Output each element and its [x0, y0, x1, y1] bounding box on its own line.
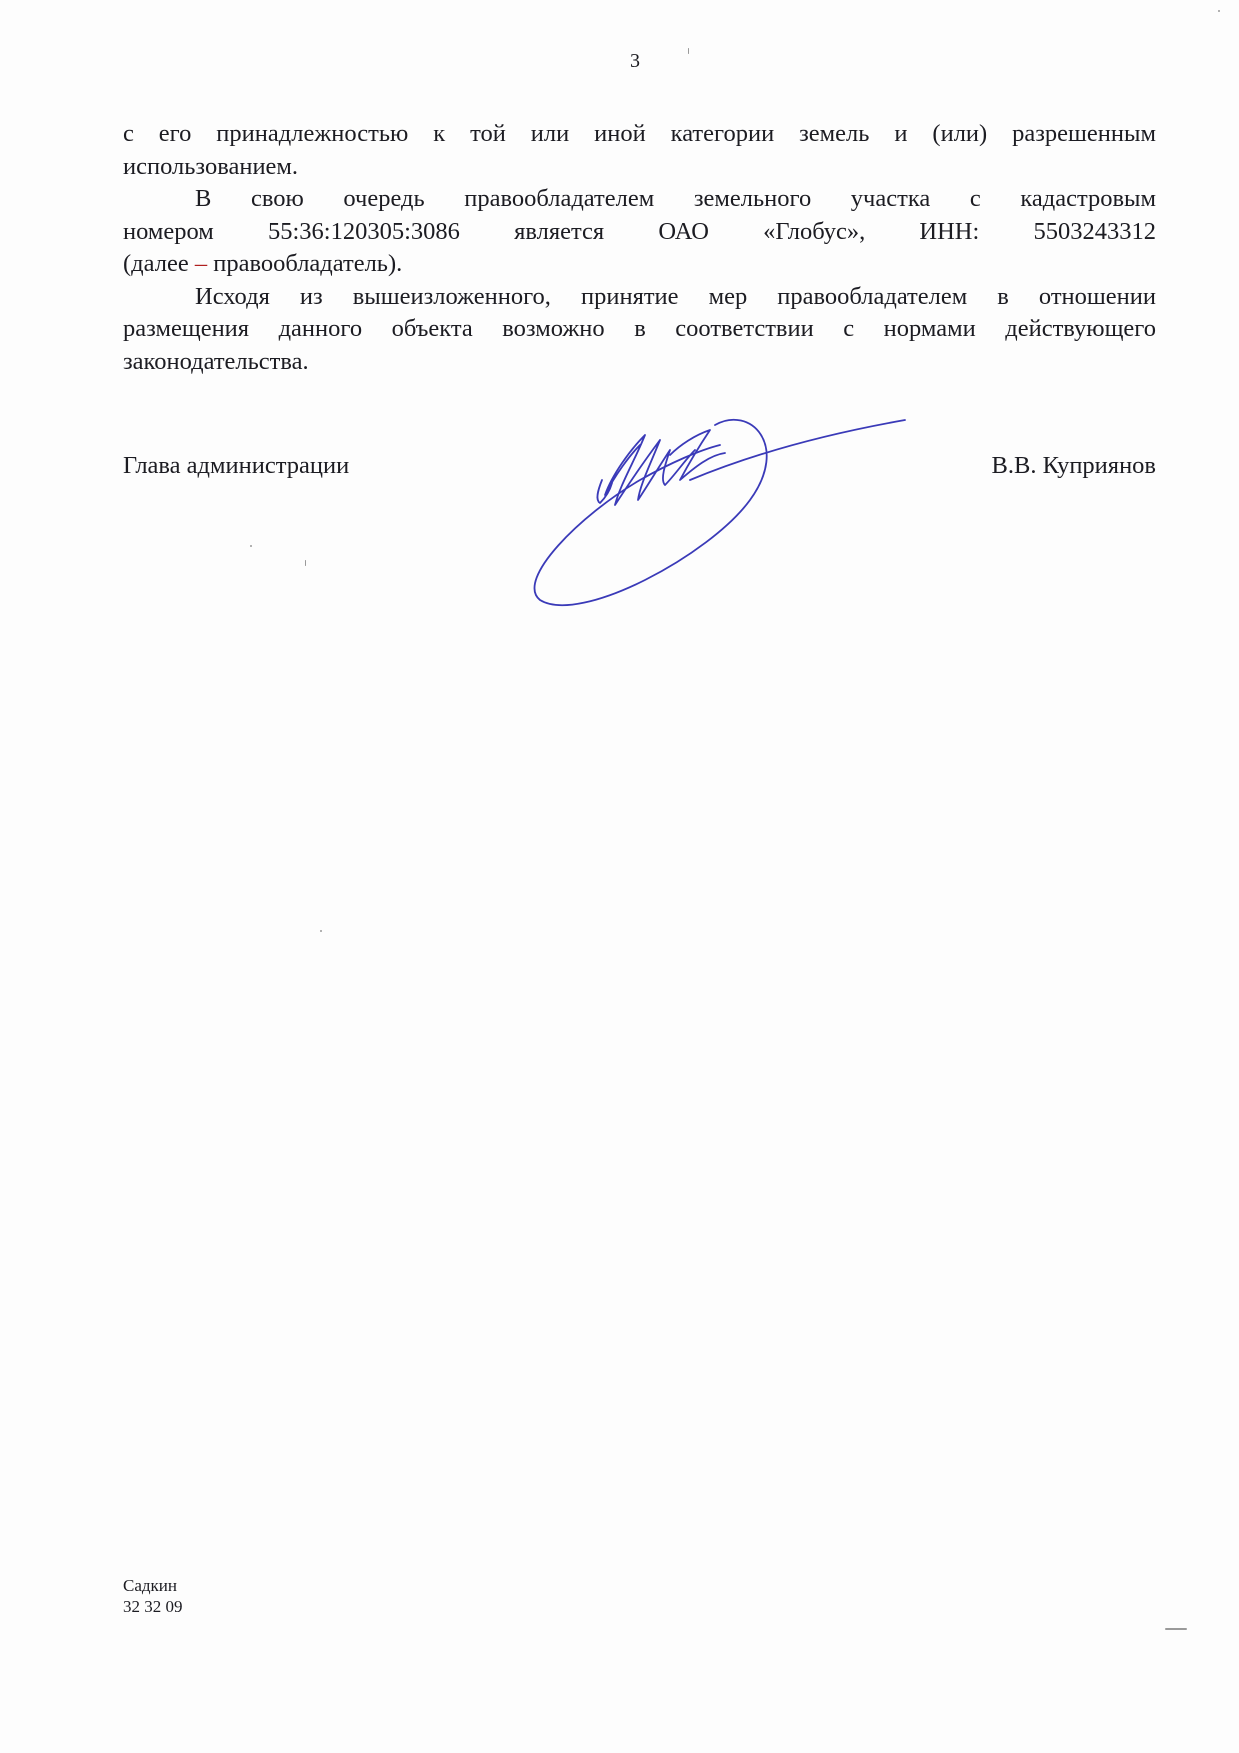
paragraph-2-line-3-start: (далее — [123, 250, 195, 277]
paragraph-1-line-1: с его принадлежностью к той или иной кат… — [123, 118, 1156, 151]
executor-phone: 32 32 09 — [123, 1596, 183, 1617]
signatory-role: Глава администрации — [123, 452, 349, 480]
paragraph-3-line-2: размещения данного объекта возможно в со… — [123, 313, 1156, 346]
paragraph-1-line-2: использованием. — [123, 151, 1156, 184]
letter-body: с его принадлежностью к той или иной кат… — [123, 118, 1156, 378]
scan-speck — [250, 545, 252, 547]
scan-speck — [688, 48, 689, 54]
page-number: 3 — [630, 50, 640, 73]
executor-info: Садкин 32 32 09 — [123, 1575, 183, 1617]
handwritten-signature — [520, 405, 920, 625]
paragraph-2-line-3-end: правообладатель). — [207, 250, 402, 277]
paragraph-2-line-2: номером 55:36:120305:3086 является ОАО «… — [123, 216, 1156, 249]
executor-name: Садкин — [123, 1575, 183, 1596]
scan-speck — [305, 560, 306, 566]
paragraph-3-line-3: законодательства. — [123, 346, 1156, 379]
signatory-name: В.В. Куприянов — [992, 452, 1156, 480]
scan-speck — [1165, 1628, 1187, 1630]
paragraph-2-line-3: (далее – правообладатель). — [123, 248, 1156, 281]
dash: – — [195, 250, 207, 277]
paragraph-3-line-1: Исходя из вышеизложенного, принятие мер … — [123, 281, 1156, 314]
scan-speck — [1218, 10, 1220, 12]
scan-speck — [320, 930, 322, 932]
paragraph-2-line-1: В свою очередь правообладателем земельно… — [123, 183, 1156, 216]
